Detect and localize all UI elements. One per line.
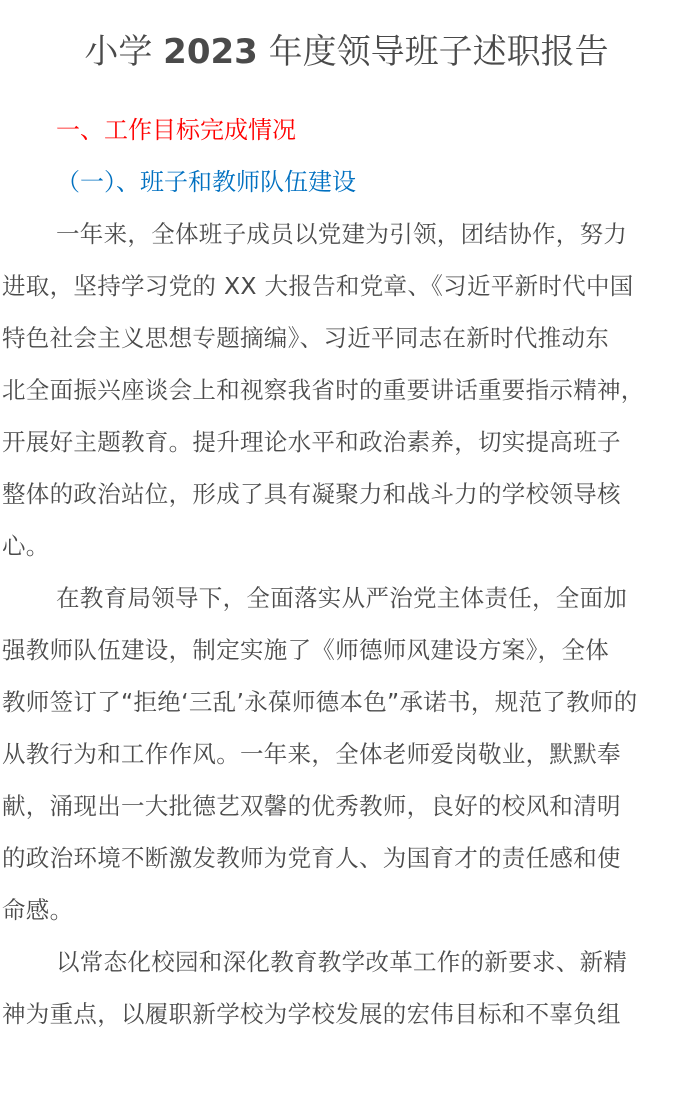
paragraph-line: 神为重点，以履职新学校为学校发展的宏伟目标和不辜负组 [2,996,621,1032]
section-heading: 一、工作目标完成情况 [56,112,296,148]
paragraph-line: 献，涌现出一大批德艺双馨的优秀教师，良好的校风和清明 [2,788,621,824]
title-suffix: 年度领导班子述职报告 [269,32,609,72]
title-prefix: 小学 [84,32,152,72]
title-year: 2023 [163,32,258,72]
subsection-heading: （一）、班子和教师队伍建设 [56,164,356,200]
paragraph-line: 以常态化校园和深化教育教学改革工作的新要求、新精 [56,944,627,980]
document-title: 小学 2023 年度领导班子述职报告 [0,28,693,76]
paragraph-line: 的政治环境不断激发教师为党育人、为国育才的责任感和使 [2,840,621,876]
paragraph-line: 开展好主题教育。提升理论水平和政治素养，切实提高班子 [2,424,621,460]
paragraph-line: 强教师队伍建设，制定实施了《师德师风建设方案》，全体 [2,632,609,668]
paragraph-line: 一年来，全体班子成员以党建为引领，团结协作，努力 [56,216,627,252]
paragraph-line: 在教育局领导下，全面落实从严治党主体责任，全面加 [56,580,627,616]
paragraph-line: 从教行为和工作作风。一年来，全体老师爱岗敬业，默默奉 [2,736,621,772]
paragraph-line: 整体的政治站位，形成了具有凝聚力和战斗力的学校领导核 [2,476,621,512]
paragraph-line: 教师签订了“拒绝‘三乱’永葆师德本色”承诺书，规范了教师的 [2,684,638,720]
paragraph-line: 北全面振兴座谈会上和视察我省时的重要讲话重要指示精神， [2,372,645,408]
paragraph-line: 心。 [2,528,50,564]
paragraph-line: 特色社会主义思想专题摘编》、习近平同志在新时代推动东 [2,320,609,356]
paragraph-line: 命感。 [2,892,73,928]
paragraph-line: 进取，坚持学习党的 XX 大报告和党章、《习近平新时代中国 [2,268,634,304]
